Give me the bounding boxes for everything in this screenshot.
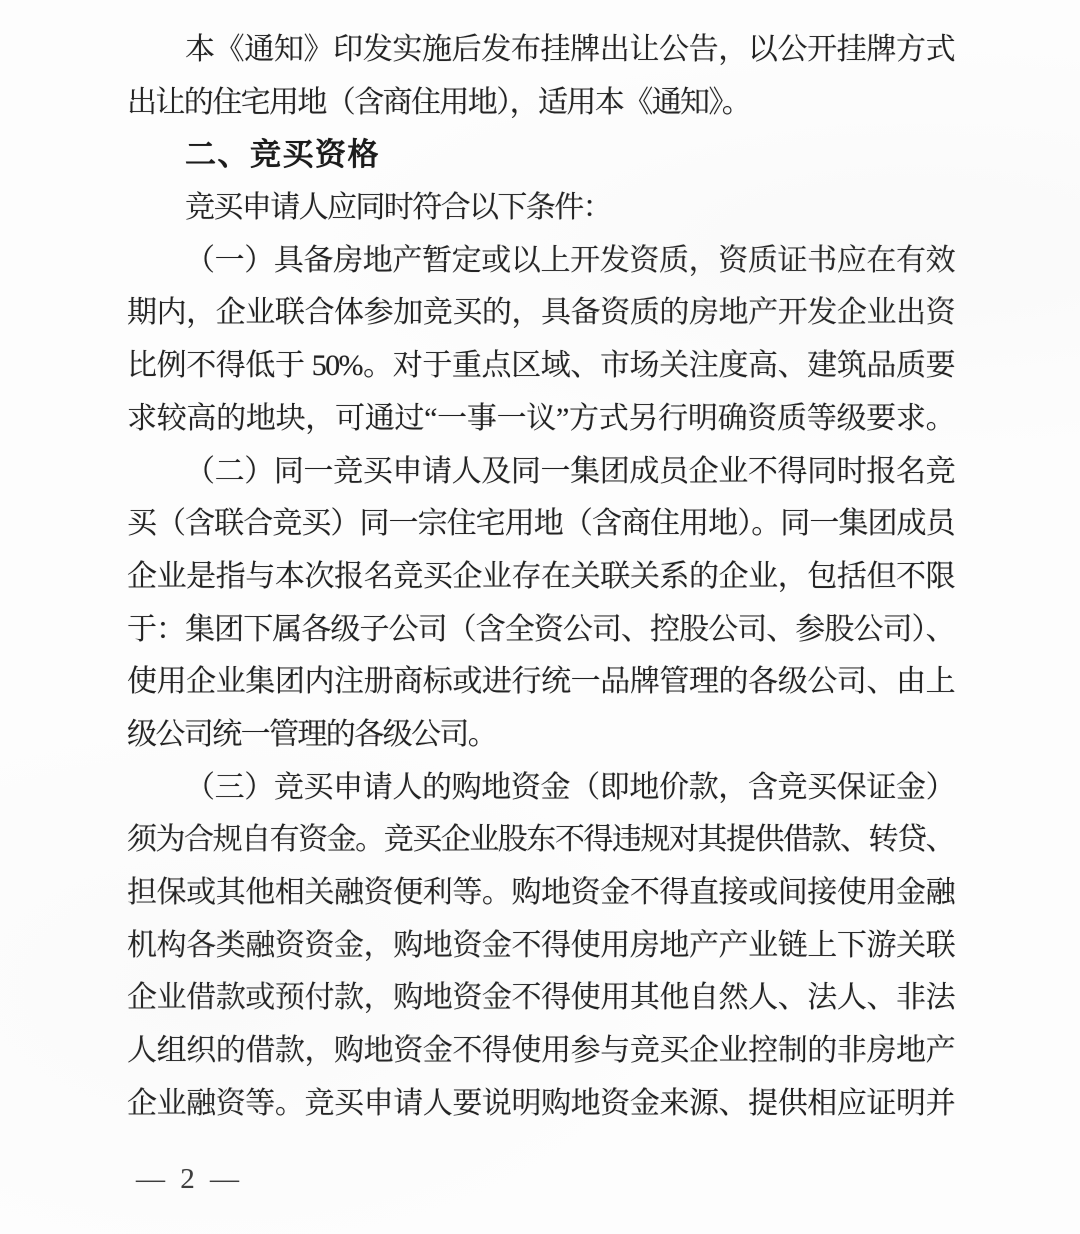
paragraph-section-heading: 二、竞买资格: [127, 129, 954, 182]
text-line: 企业借款或预付款，购地资金不得使用其他自然人、法人、非法: [127, 972, 954, 1025]
text-line: 买（含联合竞买）同一宗住宅用地（含商住用地）。同一集团成员: [127, 498, 954, 551]
section-heading: 二、竞买资格: [127, 129, 954, 182]
text-line: 本《通知》印发实施后发布挂牌出让公告，以公开挂牌方式: [127, 24, 954, 77]
text-line: 人组织的借款，购地资金不得使用参与竞买企业控制的非房地产: [127, 1025, 954, 1078]
paragraph-item-3: （三）竞买申请人的购地资金（即地价款，含竞买保证金） 须为合规自有资金。竞买企业…: [127, 762, 954, 1131]
paragraph-intro: 本《通知》印发实施后发布挂牌出让公告，以公开挂牌方式 出让的住宅用地（含商住用地…: [127, 24, 954, 129]
text-line: 竞买申请人应同时符合以下条件：: [127, 182, 954, 235]
text-line: 担保或其他相关融资便利等。购地资金不得直接或间接使用金融: [127, 867, 954, 920]
page-number: — 2 —: [136, 1163, 243, 1196]
paragraph-item-1: （一）具备房地产暂定或以上开发资质，资质证书应在有效 期内，企业联合体参加竞买的…: [127, 235, 954, 446]
text-line: 比例不得低于 50%。对于重点区域、市场关注度高、建筑品质要: [127, 340, 954, 393]
paragraph-conditions-intro: 竞买申请人应同时符合以下条件：: [127, 182, 954, 235]
document-content: 本《通知》印发实施后发布挂牌出让公告，以公开挂牌方式 出让的住宅用地（含商住用地…: [127, 24, 954, 1130]
text-line: 企业是指与本次报名竞买企业存在关联关系的企业，包括但不限: [127, 551, 954, 604]
paragraph-item-2: （二）同一竞买申请人及同一集团成员企业不得同时报名竞 买（含联合竞买）同一宗住宅…: [127, 446, 954, 762]
document-page: 本《通知》印发实施后发布挂牌出让公告，以公开挂牌方式 出让的住宅用地（含商住用地…: [0, 0, 1080, 1234]
text-line: （一）具备房地产暂定或以上开发资质，资质证书应在有效: [127, 235, 954, 288]
text-line: （三）竞买申请人的购地资金（即地价款，含竞买保证金）: [127, 762, 954, 815]
text-line: （二）同一竞买申请人及同一集团成员企业不得同时报名竞: [127, 446, 954, 499]
text-line: 级公司统一管理的各级公司。: [127, 709, 954, 762]
text-line: 机构各类融资资金，购地资金不得使用房地产产业链上下游关联: [127, 920, 954, 973]
text-line: 出让的住宅用地（含商住用地），适用本《通知》。: [127, 77, 954, 130]
text-line: 使用企业集团内注册商标或进行统一品牌管理的各级公司、由上: [127, 656, 954, 709]
text-line: 于：集团下属各级子公司（含全资公司、控股公司、参股公司）、: [127, 604, 954, 657]
text-line: 期内，企业联合体参加竞买的，具备资质的房地产开发企业出资: [127, 287, 954, 340]
text-line: 求较高的地块，可通过“一事一议”方式另行明确资质等级要求。: [127, 393, 954, 446]
text-line: 须为合规自有资金。竞买企业股东不得违规对其提供借款、转贷、: [127, 814, 954, 867]
text-line: 企业融资等。竞买申请人要说明购地资金来源、提供相应证明并: [127, 1078, 954, 1131]
